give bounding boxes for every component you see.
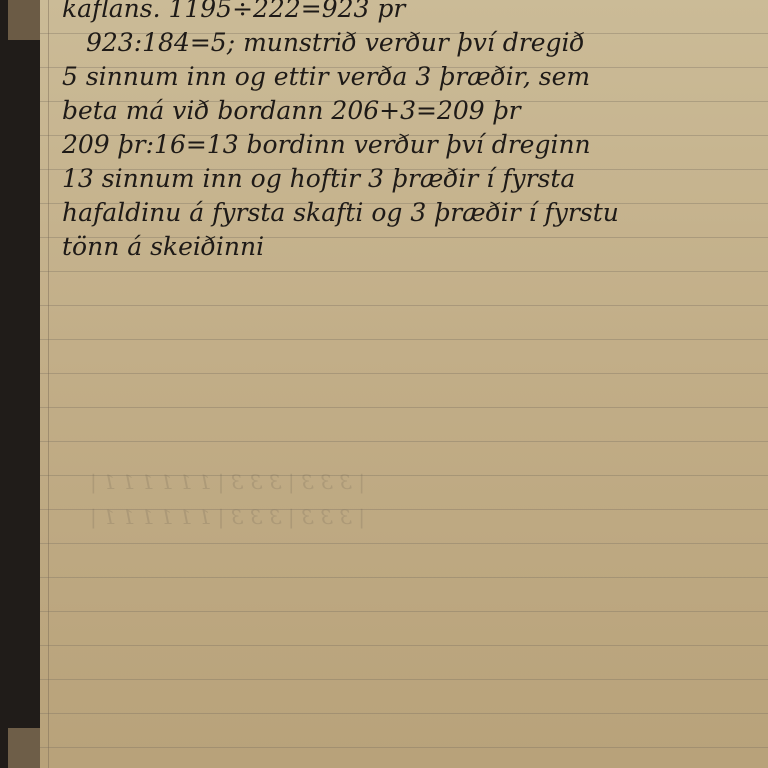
margin-line <box>48 0 49 768</box>
bleed-through-table-row2: | 3 3 3 | 3 3 3 | 1 1 1 1 1 1 | <box>90 505 365 529</box>
bleed-through-table: | 3 3 3 | 3 3 3 | 1 1 1 1 1 1 | <box>90 470 365 494</box>
text-line: 13 sinnum inn og hoftir 3 þræðir í fyrst… <box>62 162 762 196</box>
text-line: tönn á skeiðinni <box>62 230 762 264</box>
notebook-binding <box>0 0 40 768</box>
text-line: 209 þr:16=13 bordinn verður því dreginn <box>62 128 762 162</box>
handwritten-text: kaflans. 1195÷222=923 pr 923:184=5; muns… <box>62 0 762 264</box>
binding-corner-bottom <box>8 728 40 768</box>
text-line: hafaldinu á fyrsta skafti og 3 þræðir í … <box>62 196 762 230</box>
text-line: 923:184=5; munstrið verður því dregið <box>62 26 762 60</box>
text-line: 5 sinnum inn og ettir verða 3 þræðir, se… <box>62 60 762 94</box>
binding-corner-top <box>8 0 40 40</box>
text-line: kaflans. 1195÷222=923 pr <box>62 0 762 26</box>
text-line: beta má við bordann 206+3=209 þr <box>62 94 762 128</box>
